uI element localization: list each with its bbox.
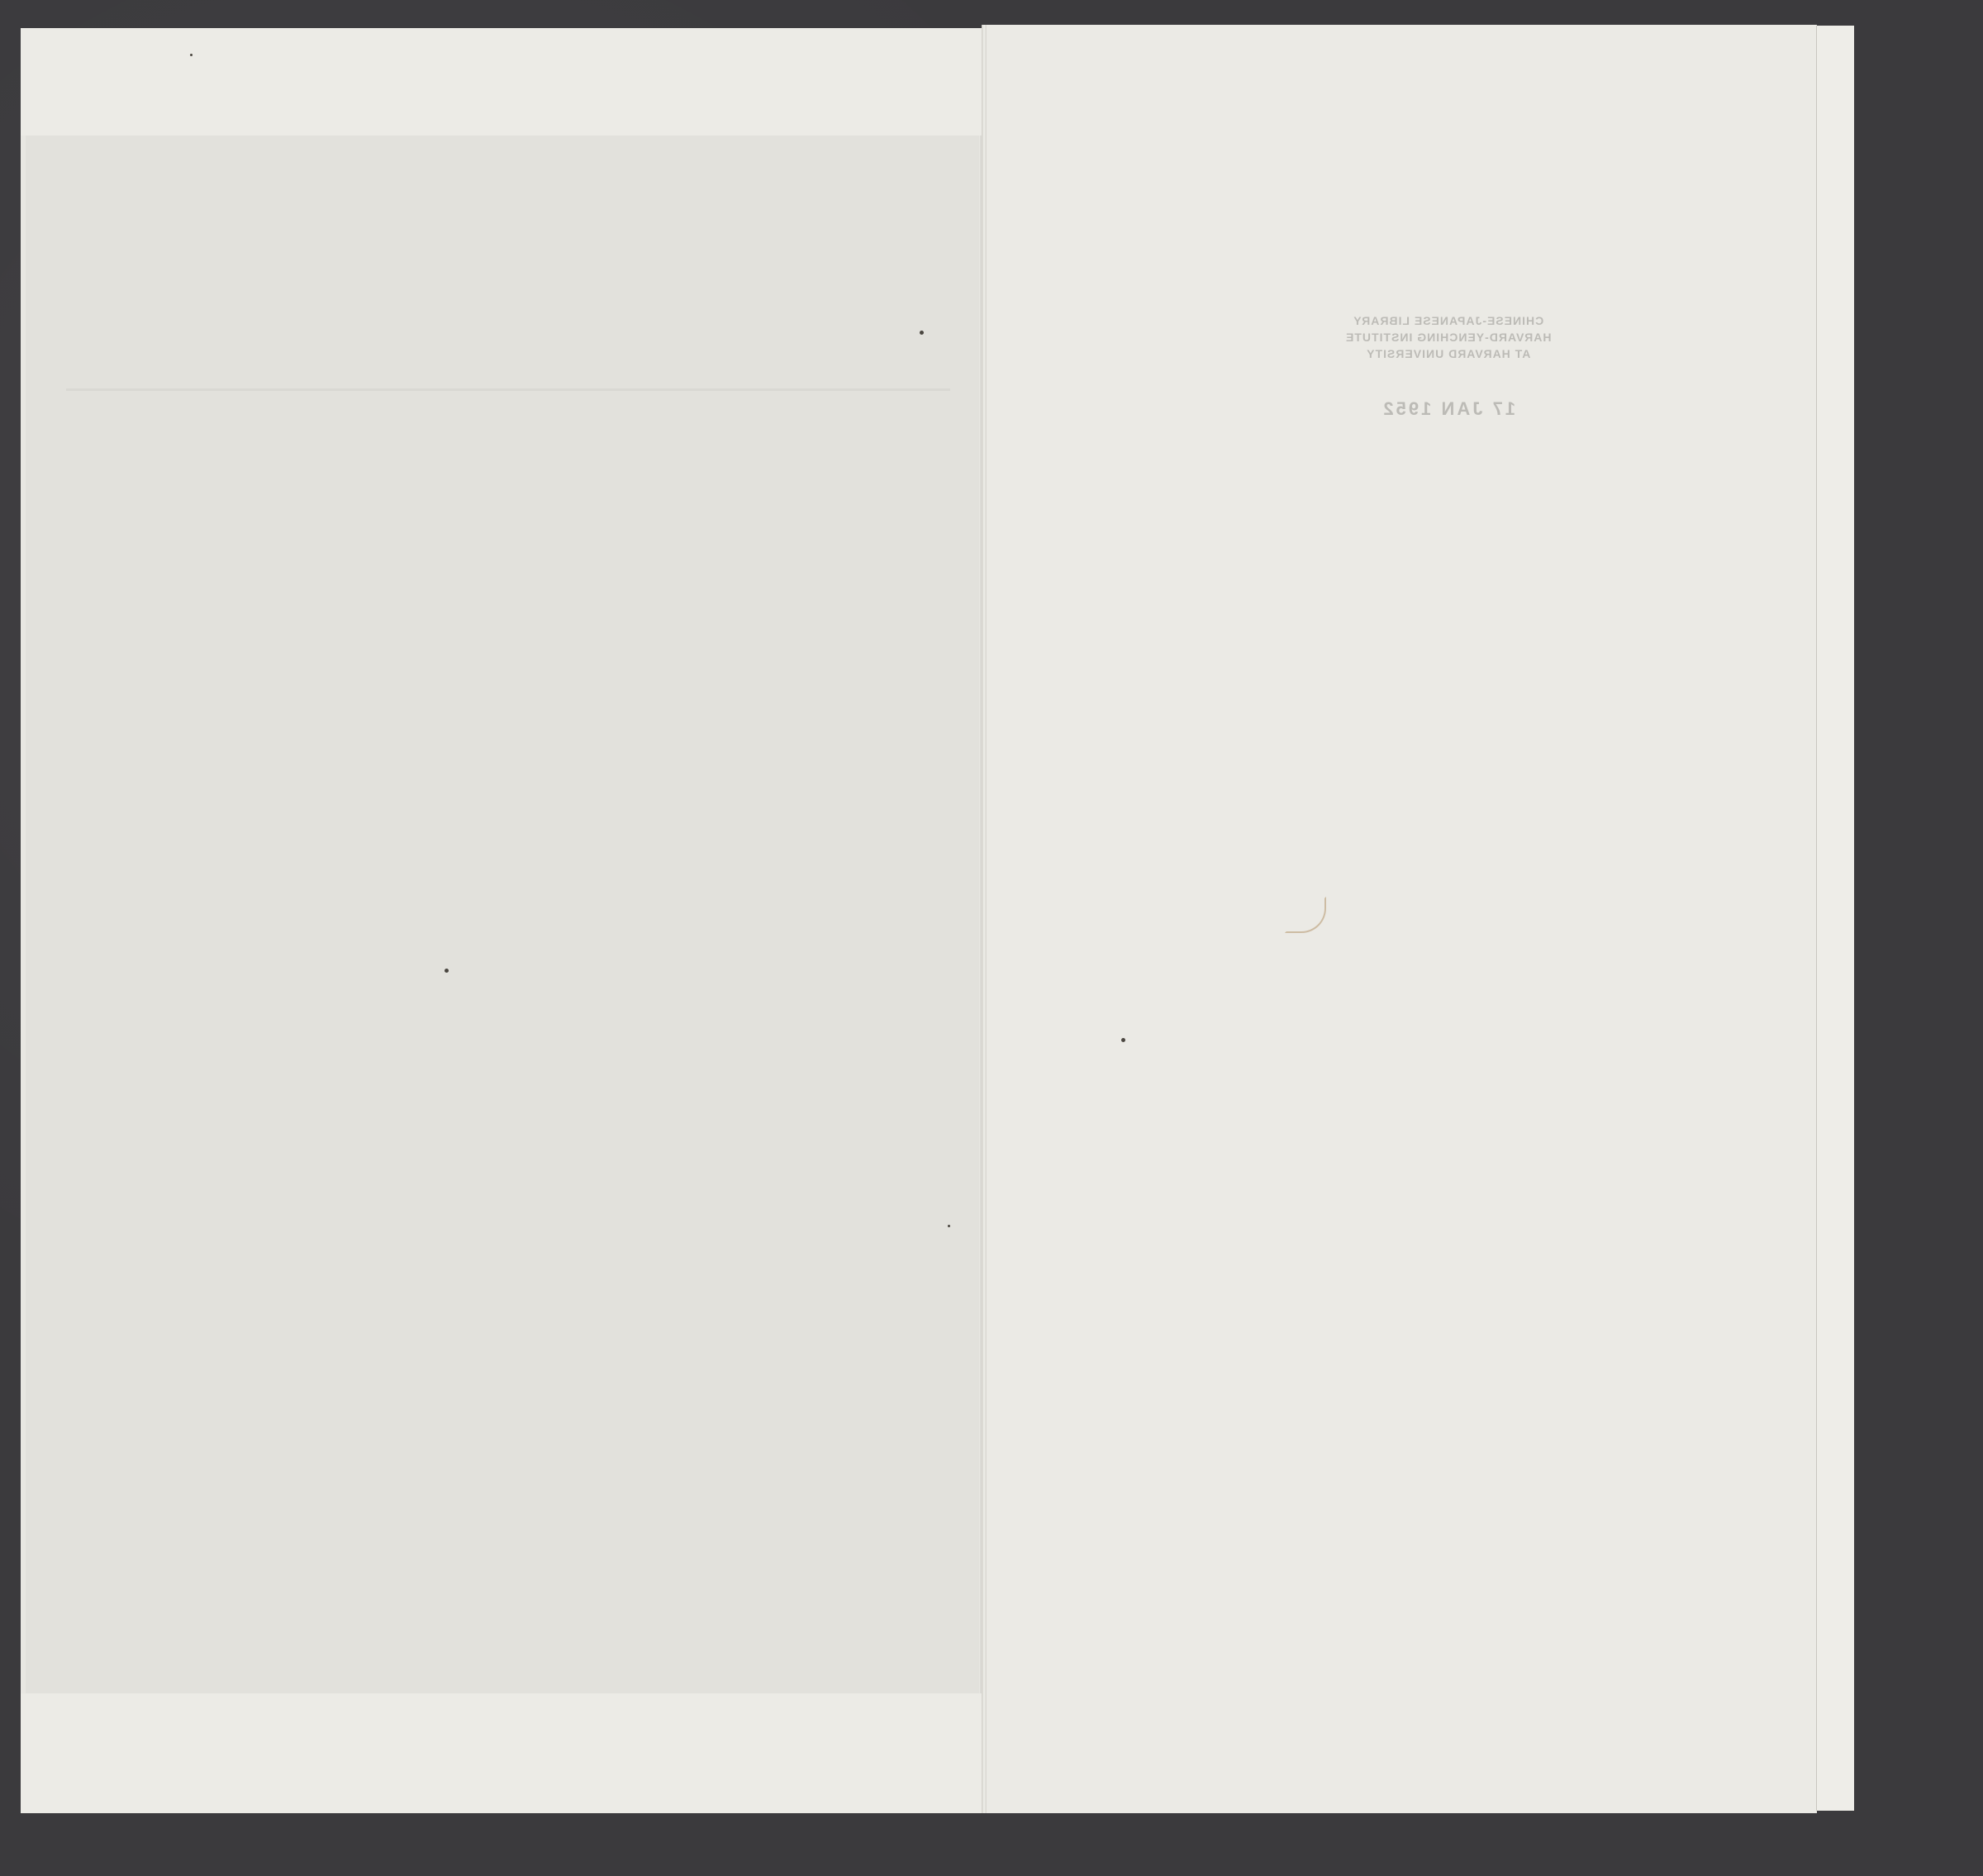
show-through-rule [66,388,950,391]
paper-speck [948,1225,950,1227]
show-through-column [83,1255,958,1328]
left-page-bottom-margin [21,1693,982,1813]
stamp-date: 17 JAN 1952 [1345,398,1552,420]
paper-speck [920,331,924,335]
library-stamp-show-through: CHINESE-JAPANESE LIBRARY HARVARD-YENCHIN… [1345,312,1552,420]
show-through-column [83,1088,958,1161]
show-through-column [83,921,958,994]
show-through-text [83,421,958,1661]
paper-speck [1121,1038,1125,1042]
show-through-column [83,755,958,827]
stamp-line: HARVARD-YENCHING INSTITUTE [1345,329,1552,345]
paper-speck [190,54,193,56]
paper-speck [445,969,449,973]
show-through-column [83,1421,958,1494]
stamp-line: AT HARVARD UNIVERSITY [1345,345,1552,362]
left-page-top-margin [21,28,982,136]
stamp-line: CHINESE-JAPANESE LIBRARY [1345,312,1552,329]
right-page [987,25,1817,1813]
show-through-column [83,421,958,494]
show-through-column [83,1588,958,1661]
show-through-column [83,588,958,661]
right-page-fold-edge [1816,26,1854,1811]
